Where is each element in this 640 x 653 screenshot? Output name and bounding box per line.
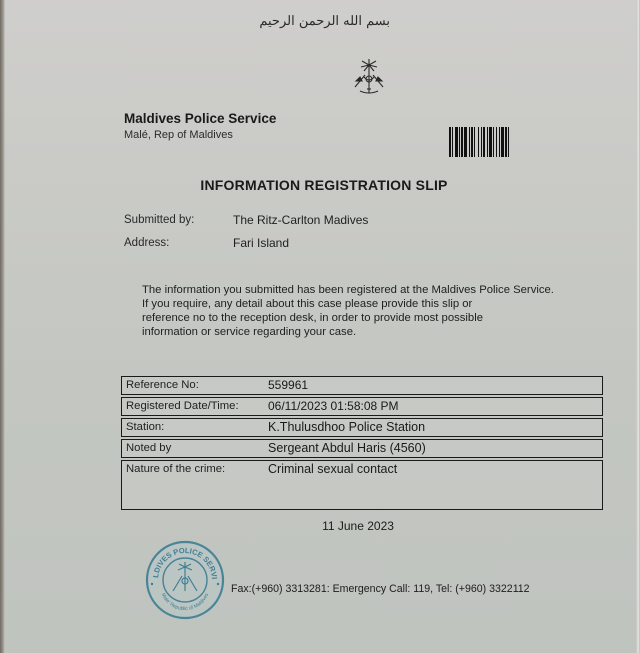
organization-location: Malé, Rep of Maldives	[124, 129, 233, 141]
table-row-nature-of-crime: Nature of the crime: Criminal sexual con…	[121, 460, 603, 510]
organization-name: Maldives Police Service	[124, 111, 276, 126]
table-row-reference: Reference No: 559961	[121, 376, 603, 395]
row-label: Noted by	[126, 442, 171, 454]
registered-datetime: 06/11/2023 01:58:08 PM	[268, 399, 399, 413]
table-row-station: Station: K.Thulusdhoo Police Station	[121, 418, 603, 437]
address-label: Address:	[124, 237, 169, 249]
paper-edge-left	[0, 0, 5, 653]
maldives-state-emblem-icon	[352, 57, 386, 99]
barcode-bar	[509, 127, 511, 157]
notice-line: reference no to the reception desk, in o…	[142, 311, 612, 325]
row-label: Nature of the crime:	[126, 463, 225, 475]
registration-notice: The information you submitted has been r…	[142, 283, 612, 339]
table-row-registered-datetime: Registered Date/Time: 06/11/2023 01:58:0…	[121, 397, 603, 416]
nature-of-crime: Criminal sexual contact	[268, 462, 397, 476]
contact-information: Fax:(+960) 3313281: Emergency Call: 119,…	[231, 583, 530, 595]
row-label: Station:	[126, 421, 164, 433]
case-details-table: Reference No: 559961 Registered Date/Tim…	[121, 376, 603, 510]
notice-line: information or service regarding your ca…	[142, 325, 612, 339]
police-service-stamp-icon: MALDIVES POLICE SERVICE Male' Republic o…	[144, 539, 226, 621]
issue-date: 11 June 2023	[0, 519, 640, 533]
submitted-by-value: The Ritz-Carlton Madives	[233, 213, 368, 227]
row-label: Reference No:	[126, 379, 199, 391]
notice-line: If you require, any detail about this ca…	[142, 297, 612, 311]
row-label: Registered Date/Time:	[126, 400, 239, 412]
noted-by-officer: Sergeant Abdul Haris (4560)	[268, 441, 426, 455]
document-title: INFORMATION REGISTRATION SLIP	[0, 177, 640, 193]
table-row-noted-by: Noted by Sergeant Abdul Haris (4560)	[121, 439, 603, 458]
reference-number: 559961	[268, 378, 308, 392]
submitted-by-label: Submitted by:	[124, 214, 194, 226]
notice-line: The information you submitted has been r…	[142, 283, 612, 297]
barcode-icon	[449, 127, 549, 157]
address-value: Fari Island	[233, 236, 289, 250]
station-name: K.Thulusdhoo Police Station	[268, 420, 425, 434]
paper-edge-right	[636, 0, 640, 653]
bismillah-calligraphy: بسم الله الرحمن الرحيم	[330, 14, 390, 40]
